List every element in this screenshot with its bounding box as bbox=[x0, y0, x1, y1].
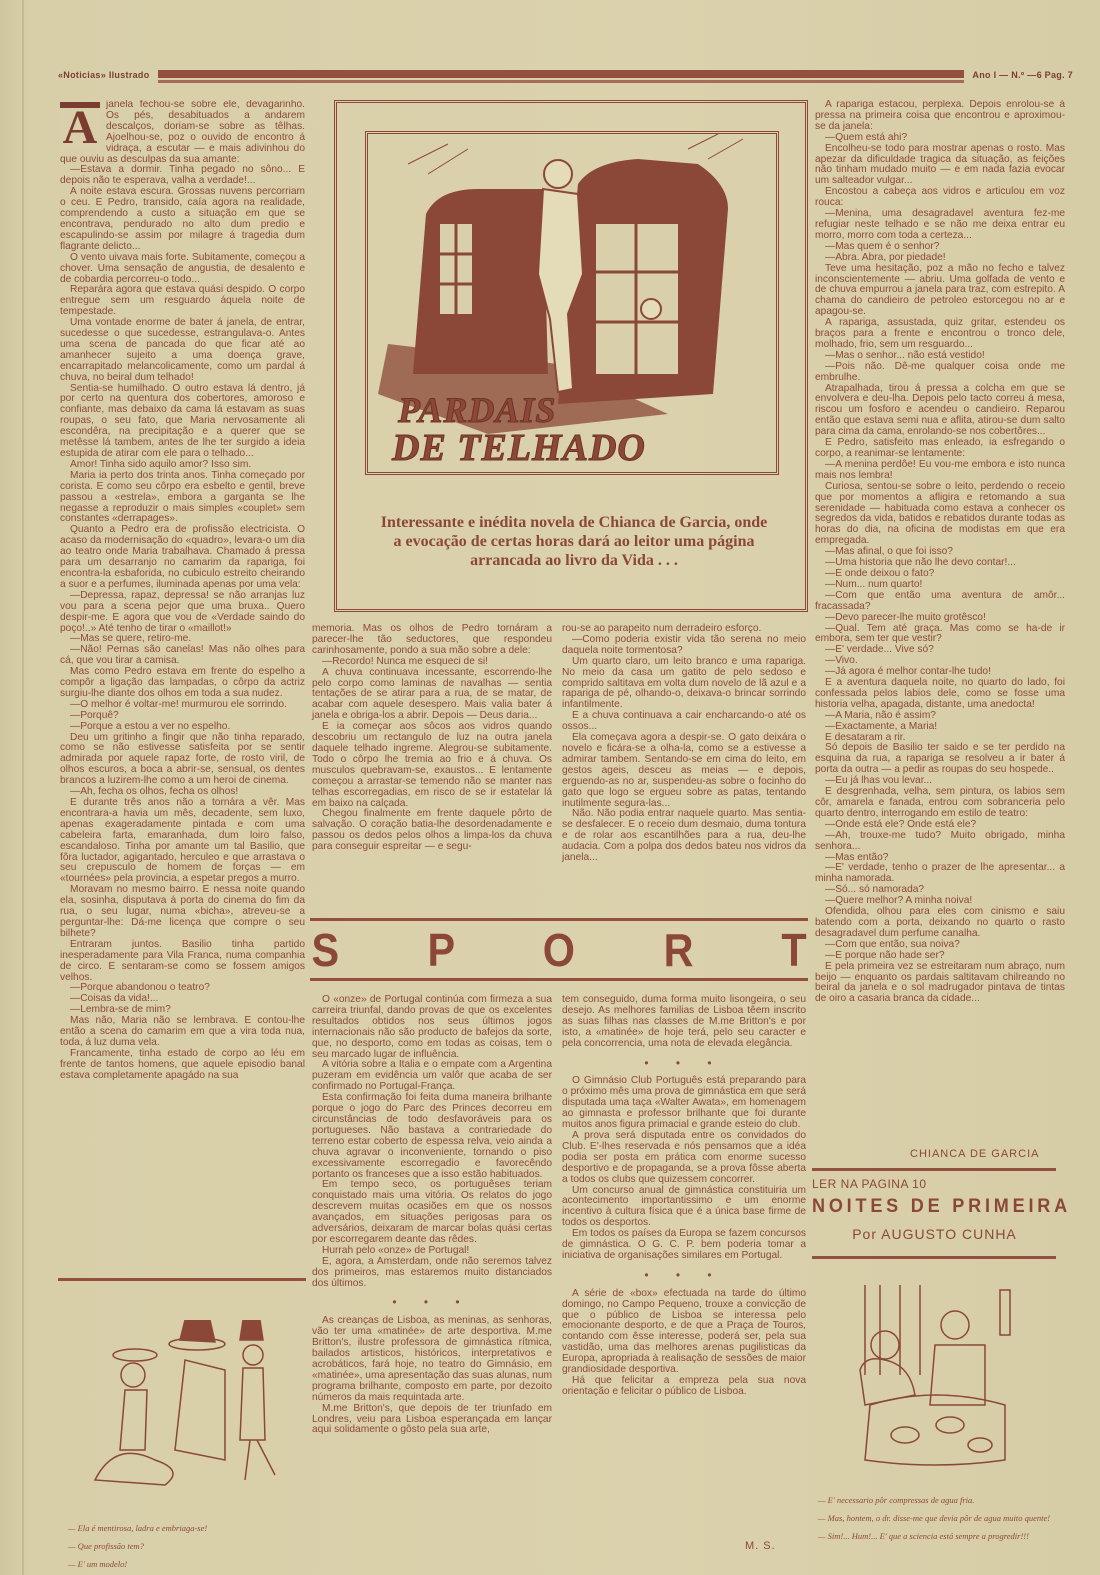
sport-letter: R bbox=[663, 923, 693, 977]
story-author: CHIANCA DE GARCIA bbox=[910, 1148, 1039, 1160]
paragraph: E a aventura daquela noite, no quarto do… bbox=[815, 678, 1065, 711]
paragraph: Em tempo seco, os portuguêses teriam con… bbox=[312, 1180, 552, 1245]
paragraph: —A menina perdôe! Eu vou-me embora e ist… bbox=[815, 460, 1065, 482]
paragraph: —Qual. Tem até graça. Mas como se ha-de … bbox=[815, 624, 1065, 646]
paragraph: — Que profissão tem? bbox=[68, 1542, 288, 1552]
read-on-page-label: LER NA PAGINA 10 bbox=[812, 1177, 927, 1191]
paragraph: A rapariga estacou, perplexa. Depois enr… bbox=[815, 100, 1065, 133]
paragraph: —Como poderia existir vida tão serena no… bbox=[562, 635, 806, 657]
paragraph: Atrapalhada, tirou á pressa a colcha em … bbox=[815, 384, 1065, 439]
paragraph: — Sim!... Hum!... E' que a sciencia está… bbox=[818, 1532, 1063, 1542]
paragraph: Uma vontade enorme de bater á janela, de… bbox=[60, 318, 305, 383]
sport-top-rule bbox=[310, 918, 808, 921]
paragraph: E a chuva continuava a cair encharcando-… bbox=[562, 711, 806, 733]
issue-info: Ano I — N.º —6 Pag. 7 bbox=[972, 70, 1073, 80]
column-rule bbox=[812, 1168, 1056, 1171]
paragraph: Quanto a Pedro era de profissão electric… bbox=[60, 525, 305, 590]
paragraph: Esta confirmação foi feita duma maneira … bbox=[312, 1093, 552, 1180]
paragraph: — E' um modelo! bbox=[68, 1560, 288, 1570]
paragraph: —Porque a estou a ver no espelho. bbox=[60, 722, 305, 733]
paragraph: —Devo parecer-lhe muito grotêsco! bbox=[815, 613, 1065, 624]
paragraph: —Quem está ahi? bbox=[815, 133, 1065, 144]
cartoon-left-caption: — Ela é mentirosa, ladra e embriaga-se!—… bbox=[68, 1515, 288, 1575]
paragraph: —Depressa, rapaz, depressa! se não arran… bbox=[60, 591, 305, 635]
paragraph: —Com que então uma aventura de amôr... f… bbox=[815, 591, 1065, 613]
paragraph: Ela começava agora a despir-se. O gato d… bbox=[562, 733, 806, 809]
paragraph: A chuva continuava incessante, escorrend… bbox=[312, 668, 552, 723]
paragraph: memoria. Mas os olhos de Pedro tornáram … bbox=[312, 624, 552, 657]
sport-letter: O bbox=[543, 923, 575, 977]
masthead: «Noticias» Ilustrado Ano I — N.º —6 Pag.… bbox=[58, 68, 1073, 82]
paragraph: tem conseguido, duma forma muito lisonge… bbox=[562, 995, 806, 1050]
paragraph: O vento uivava mais forte. Subitamente, … bbox=[60, 253, 305, 286]
column-rule bbox=[812, 1256, 1056, 1259]
paragraph: —Ah, trouxe-me tudo? Muito obrigado, min… bbox=[815, 831, 1065, 853]
paragraph: As creanças de Lisboa, as meninas, as se… bbox=[312, 1316, 552, 1403]
paragraph: Mas não, Maria não se lembrava. E contou… bbox=[60, 1016, 305, 1049]
paragraph: Há que felicitar a empreza pela sua nova… bbox=[562, 1376, 806, 1398]
paragraph: Mas como Pedro estava em frente do espel… bbox=[60, 667, 305, 700]
paragraph: Entraram juntos. Basilio tinha partido i… bbox=[60, 940, 305, 984]
paragraph: Encostou a cabeça aos vidros e articulou… bbox=[815, 187, 1065, 209]
promo-title: NOITES DE PRIMEIRA bbox=[812, 1196, 1045, 1218]
newspaper-page: «Noticias» Ilustrado Ano I — N.º —6 Pag.… bbox=[0, 0, 1100, 1575]
paragraph: A série de «box» efectuada na tarde do ú… bbox=[562, 1289, 806, 1376]
cartoon-right-caption: — E' necessario pôr compressas de agua f… bbox=[818, 1487, 1063, 1550]
paragraph: — Ela é mentirosa, ladra e embriaga-se! bbox=[68, 1524, 288, 1534]
promo-byline: Por AUGUSTO CUNHA bbox=[812, 1226, 1057, 1242]
paragraph: — Mas, hontem, o dr. disse-me que devia … bbox=[818, 1514, 1063, 1524]
feature-title-line-2: DE TELHADO bbox=[392, 426, 646, 470]
paragraph: E desgrenhada, velha, sem pintura, os la… bbox=[815, 787, 1065, 820]
paragraph: Um quarto claro, um leito branco e uma r… bbox=[562, 657, 806, 712]
paragraph: O Gimnásio Club Português está preparand… bbox=[562, 1076, 806, 1131]
story-column-2: memoria. Mas os olhos de Pedro tornáram … bbox=[312, 624, 552, 853]
paragraph: —Menina, uma desagradavel aventura fez-m… bbox=[815, 209, 1065, 242]
paragraph: Deu um gritinho a fingir que não tinha r… bbox=[60, 733, 305, 788]
paragraph: Encolheu-se todo para mostrar apenas o r… bbox=[815, 144, 1065, 188]
feature-box: PARDAIS DE TELHADO Interessante e inédit… bbox=[334, 100, 808, 612]
section-separator: • • • bbox=[312, 1297, 552, 1308]
feature-caption: Interessante e inédita novela de Chianca… bbox=[377, 513, 771, 570]
section-separator: • • • bbox=[562, 1270, 806, 1281]
paragraph: Só depois de Basilio ter saido e se ter … bbox=[815, 743, 1065, 776]
masthead-rule bbox=[158, 70, 965, 80]
paragraph: —Não! Pernas são canelas! Mas não olhes … bbox=[60, 645, 305, 667]
cartoon-right-illustration-icon bbox=[855, 1285, 1025, 1475]
sport-column-b: tem conseguido, duma forma muito lisonge… bbox=[562, 995, 806, 1398]
paragraph: Francamente, tinha estado de corpo ao lé… bbox=[60, 1049, 305, 1082]
drop-cap: A bbox=[60, 102, 100, 150]
feature-title-line-1: PARDAIS bbox=[398, 389, 556, 431]
paragraph: O «onze» de Portugal continúa com firmez… bbox=[312, 995, 552, 1060]
paragraph: E Pedro, satisfeito mas enleado, ia esfr… bbox=[815, 438, 1065, 460]
paragraph: Reparára agora que estava quási despido.… bbox=[60, 285, 305, 318]
story-column-4: A rapariga estacou, perplexa. Depois enr… bbox=[815, 100, 1065, 1145]
cartoon-left-illustration-icon bbox=[75, 1320, 295, 1490]
paragraph: —E' verdade, tenho o prazer de lhe apres… bbox=[815, 863, 1065, 885]
paragraph: E ia começar aos sôcos aos vidros quando… bbox=[312, 722, 552, 809]
paragraph: —Estava a dormir. Tinha pegado no sôno..… bbox=[60, 165, 305, 187]
paragraph: A prova será disputada entre os convidad… bbox=[562, 1131, 806, 1186]
paragraph: E pela primeira vez se estreitaram num a… bbox=[815, 962, 1065, 1006]
story-column-3: rou-se ao parapeito num derradeiro esfor… bbox=[562, 624, 806, 864]
paragraph: E durante três anos não a tornára a vêr.… bbox=[60, 798, 305, 885]
sport-bottom-rule bbox=[310, 978, 808, 981]
sport-column-a: O «onze» de Portugal continúa com firmez… bbox=[312, 995, 552, 1436]
paragraph: Teve uma hesitação, poz a mão no fecho e… bbox=[815, 264, 1065, 319]
paragraph: —Recordo! Nunca me esqueci de si! bbox=[312, 657, 552, 668]
paragraph: M.me Britton's, que depois de ter triunf… bbox=[312, 1404, 552, 1437]
paragraph: Em todos os países da Europa se fazem co… bbox=[562, 1229, 806, 1262]
paragraph: A rapariga, assustada, quiz gritar, este… bbox=[815, 318, 1065, 351]
paragraph: Curiosa, sentou-se sobre o leito, perden… bbox=[815, 482, 1065, 547]
paragraph: A vitória sobre a Italia e o empate com … bbox=[312, 1060, 552, 1093]
paragraph: E, agora, a Amsterdam, onde não seremos … bbox=[312, 1257, 552, 1290]
paragraph: Ofendida, olhou para eles com cinismo e … bbox=[815, 907, 1065, 940]
paragraph: —Exactamente, a Maria! bbox=[815, 722, 1065, 733]
sport-letter: P bbox=[427, 923, 455, 977]
sport-signature: M. S. bbox=[745, 1540, 776, 1552]
paragraph: Um concurso anual de gimnástica constitu… bbox=[562, 1186, 806, 1230]
feature-illustration: PARDAIS DE TELHADO bbox=[365, 131, 779, 475]
story-column-1: A janela fechou-se sobre ele, devagarinh… bbox=[60, 100, 305, 1268]
paragraph: —E porque não hade ser? bbox=[815, 951, 1065, 962]
paragraph: —Abra. Abra, por piedade! bbox=[815, 253, 1065, 264]
sport-letter: T bbox=[781, 923, 806, 977]
paragraph: Sentia-se humilhado. O outro estava lá d… bbox=[60, 384, 305, 460]
paragraph: Moravam no mesmo bairro. E nessa noite q… bbox=[60, 885, 305, 940]
sport-letter: S bbox=[312, 923, 340, 977]
column-rule bbox=[58, 1278, 306, 1281]
paragraph: Não. Não podia entrar naquele quarto. Ma… bbox=[562, 809, 806, 864]
sport-heading: S P O R T bbox=[310, 925, 808, 975]
paragraph: Chegou finalmente em frente daquele pôrt… bbox=[312, 809, 552, 853]
publication-name: «Noticias» Ilustrado bbox=[58, 70, 150, 80]
paragraph: —Pois não. Dê-me qualquer coisa onde me … bbox=[815, 362, 1065, 384]
page-fold-crease bbox=[22, 0, 24, 1575]
paragraph: — E' necessario pôr compressas de agua f… bbox=[818, 1496, 1063, 1506]
paragraph: Maria ia perto dos trinta anos. Tinha co… bbox=[60, 471, 305, 526]
section-separator: • • • bbox=[562, 1058, 806, 1069]
paragraph: A noite estava escura. Grossas nuvens pe… bbox=[60, 187, 305, 252]
